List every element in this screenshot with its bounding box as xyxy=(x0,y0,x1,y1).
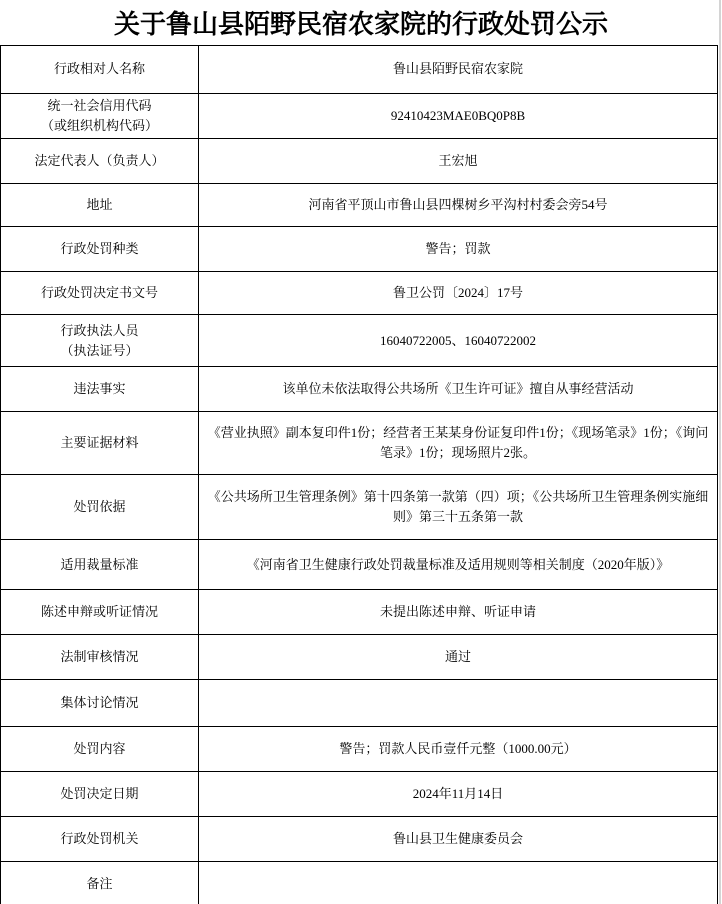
row-value: 该单位未依法取得公共场所《卫生许可证》擅自从事经营活动 xyxy=(199,367,718,412)
row-value xyxy=(199,862,718,904)
row-value: 鲁卫公罚〔2024〕17号 xyxy=(199,272,718,315)
row-value: 16040722005、16040722002 xyxy=(199,315,718,367)
table-row: 行政处罚机关 鲁山县卫生健康委员会 xyxy=(1,817,718,862)
table-row: 集体讨论情况 xyxy=(1,680,718,727)
page-title: 关于鲁山县陌野民宿农家院的行政处罚公示 xyxy=(0,0,722,45)
row-value xyxy=(199,680,718,727)
row-value: 鲁山县陌野民宿农家院 xyxy=(199,46,718,94)
row-label: 地址 xyxy=(1,184,199,227)
row-value: 2024年11月14日 xyxy=(199,772,718,817)
notice-page: 关于鲁山县陌野民宿农家院的行政处罚公示 行政相对人名称 鲁山县陌野民宿农家院 统… xyxy=(0,0,722,904)
row-value: 未提出陈述申辩、听证申请 xyxy=(199,590,718,635)
page-right-edge xyxy=(719,0,721,904)
row-label: 适用裁量标准 xyxy=(1,540,199,590)
table-row: 法制审核情况 通过 xyxy=(1,635,718,680)
table-row: 行政处罚种类 警告；罚款 xyxy=(1,227,718,272)
row-label: 集体讨论情况 xyxy=(1,680,199,727)
table-row: 适用裁量标准 《河南省卫生健康行政处罚裁量标准及适用规则等相关制度（2020年版… xyxy=(1,540,718,590)
table-row: 地址 河南省平顶山市鲁山县四棵树乡平沟村村委会旁54号 xyxy=(1,184,718,227)
table-row: 行政相对人名称 鲁山县陌野民宿农家院 xyxy=(1,46,718,94)
row-label: 行政处罚机关 xyxy=(1,817,199,862)
row-value: 《营业执照》副本复印件1份；经营者王某某身份证复印件1份；《现场笔录》1份；《询… xyxy=(199,412,718,475)
row-label: 统一社会信用代码 （或组织机构代码） xyxy=(1,94,199,139)
row-value: 警告；罚款 xyxy=(199,227,718,272)
row-label: 行政执法人员 （执法证号） xyxy=(1,315,199,367)
row-value: 鲁山县卫生健康委员会 xyxy=(199,817,718,862)
row-label: 处罚依据 xyxy=(1,475,199,540)
row-label: 行政处罚种类 xyxy=(1,227,199,272)
row-value: 河南省平顶山市鲁山县四棵树乡平沟村村委会旁54号 xyxy=(199,184,718,227)
row-label: 备注 xyxy=(1,862,199,904)
row-label: 主要证据材料 xyxy=(1,412,199,475)
row-value: 《公共场所卫生管理条例》第十四条第一款第（四）项；《公共场所卫生管理条例实施细则… xyxy=(199,475,718,540)
table-row: 处罚决定日期 2024年11月14日 xyxy=(1,772,718,817)
row-label: 处罚决定日期 xyxy=(1,772,199,817)
table-row: 备注 xyxy=(1,862,718,904)
table-row: 处罚依据 《公共场所卫生管理条例》第十四条第一款第（四）项；《公共场所卫生管理条… xyxy=(1,475,718,540)
table-row: 法定代表人（负责人） 王宏旭 xyxy=(1,139,718,184)
row-value: 警告；罚款人民币壹仟元整（1000.00元） xyxy=(199,727,718,772)
table-row: 违法事实 该单位未依法取得公共场所《卫生许可证》擅自从事经营活动 xyxy=(1,367,718,412)
row-label: 行政相对人名称 xyxy=(1,46,199,94)
row-value: 《河南省卫生健康行政处罚裁量标准及适用规则等相关制度（2020年版）》 xyxy=(199,540,718,590)
table-row: 行政执法人员 （执法证号） 16040722005、16040722002 xyxy=(1,315,718,367)
row-label: 行政处罚决定书文号 xyxy=(1,272,199,315)
table-row: 处罚内容 警告；罚款人民币壹仟元整（1000.00元） xyxy=(1,727,718,772)
table-row: 陈述申辩或听证情况 未提出陈述申辩、听证申请 xyxy=(1,590,718,635)
row-label: 法制审核情况 xyxy=(1,635,199,680)
table-row: 主要证据材料 《营业执照》副本复印件1份；经营者王某某身份证复印件1份；《现场笔… xyxy=(1,412,718,475)
row-label: 法定代表人（负责人） xyxy=(1,139,199,184)
row-label: 处罚内容 xyxy=(1,727,199,772)
row-value: 92410423MAE0BQ0P8B xyxy=(199,94,718,139)
row-value: 王宏旭 xyxy=(199,139,718,184)
row-value: 通过 xyxy=(199,635,718,680)
table-row: 行政处罚决定书文号 鲁卫公罚〔2024〕17号 xyxy=(1,272,718,315)
row-label: 违法事实 xyxy=(1,367,199,412)
row-label: 陈述申辩或听证情况 xyxy=(1,590,199,635)
table-row: 统一社会信用代码 （或组织机构代码） 92410423MAE0BQ0P8B xyxy=(1,94,718,139)
penalty-table: 行政相对人名称 鲁山县陌野民宿农家院 统一社会信用代码 （或组织机构代码） 92… xyxy=(0,45,718,904)
